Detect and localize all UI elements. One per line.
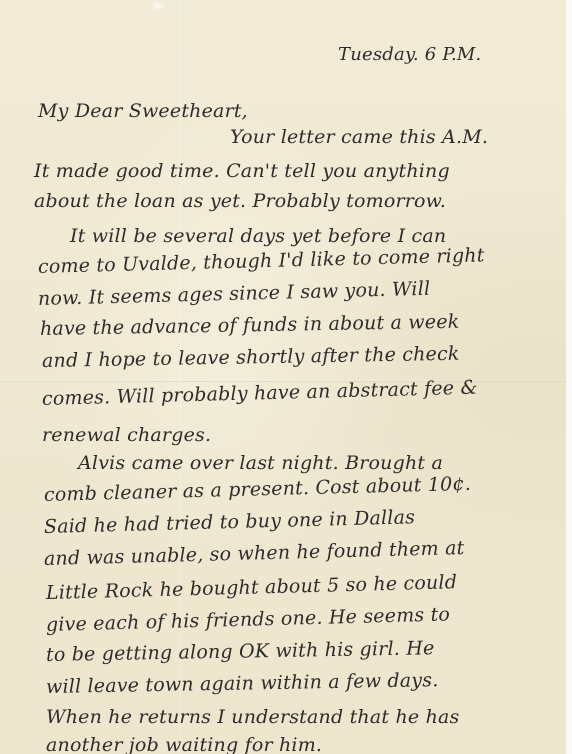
letter-line: It made good time. Can't tell you anythi… [34,160,450,182]
letter-line: Your letter came this A.M. [230,126,488,148]
letter-line: now. It seems ages since I saw you. Will [38,278,431,310]
letter-line: come to Uvalde, though I'd like to come … [38,244,485,278]
scan-edge [566,0,572,754]
letter-line: give each of his friends one. He seems t… [46,603,451,636]
letter-line: When he returns I understand that he has [46,706,460,728]
letter-line: have the advance of funds in about a wee… [40,311,460,340]
paper-crease [150,0,166,12]
letter-line: It will be several days yet before I can [70,225,446,247]
letter-line: comb cleaner as a present. Cost about 10… [44,473,471,506]
letter-line: Alvis came over last night. Brought a [78,452,443,474]
letter-line: Said he had tried to buy one in Dallas [44,506,416,538]
letter-line: about the loan as yet. Probably tomorrow… [34,190,446,212]
letter-line: will leave town again within a few days. [46,669,439,698]
letter-line: and I hope to leave shortly after the ch… [42,343,460,372]
letter-line: renewal charges. [42,424,211,446]
letter-line: to be getting along OK with his girl. He [46,637,435,666]
dateline: Tuesday. 6 P.M. [338,44,481,65]
letter-line: Little Rock he bought about 5 so he coul… [46,571,458,604]
letter-line: and was unable, so when he found them at [44,537,465,570]
letter-page: Tuesday. 6 P.M. My Dear Sweetheart, Your… [0,0,566,754]
letter-line: another job waiting for him. [46,734,322,754]
salutation: My Dear Sweetheart, [38,100,248,122]
